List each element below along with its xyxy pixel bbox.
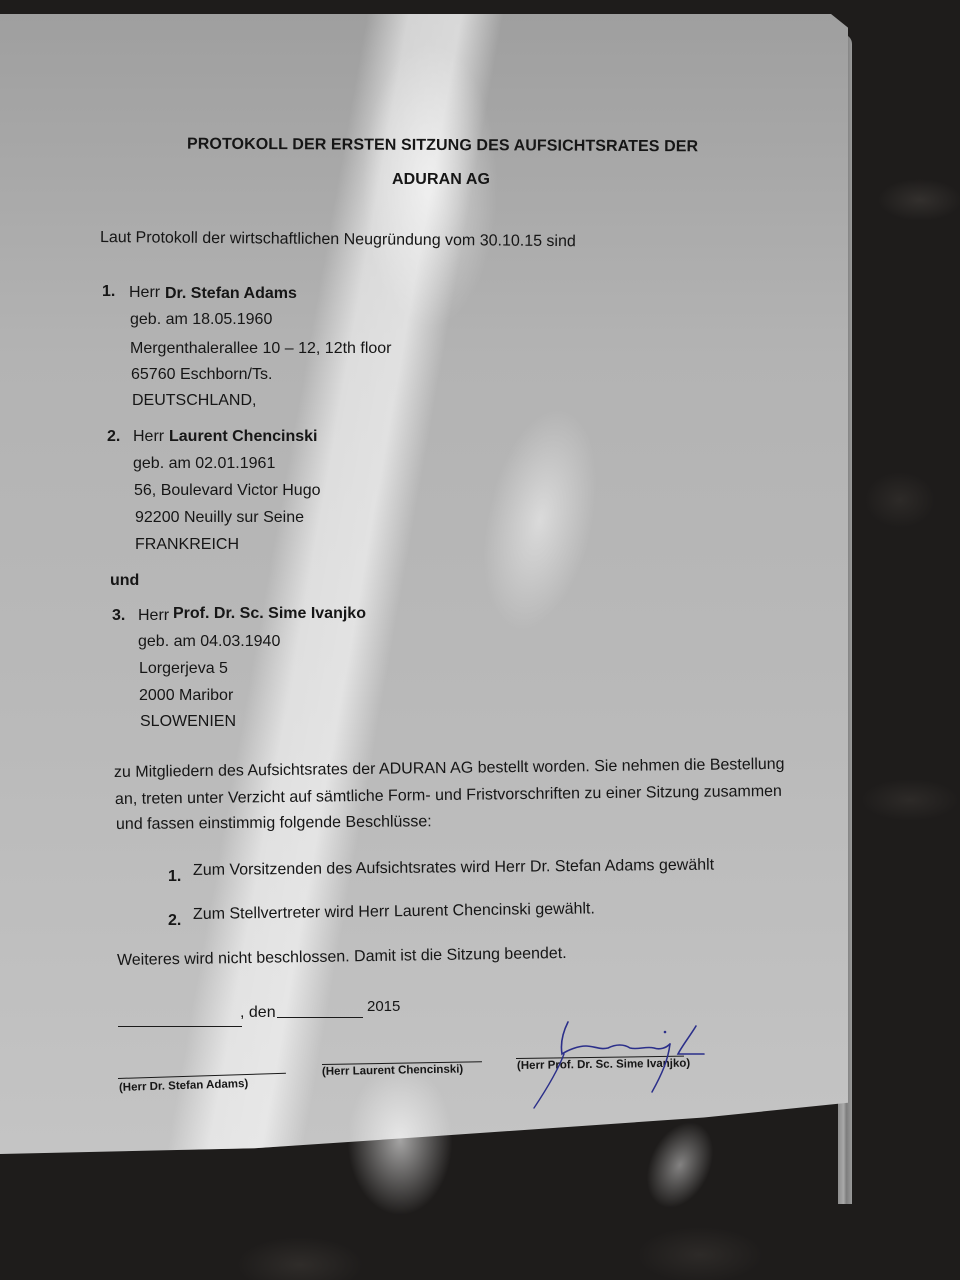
- member-address-line: FRANKREICH: [135, 536, 239, 554]
- member-address-line: SLOWENIEN: [140, 713, 236, 731]
- resolution-text: Zum Stellvertreter wird Herr Laurent Che…: [193, 900, 595, 924]
- member-name: Dr. Stefan Adams: [165, 285, 297, 303]
- conjunction-und: und: [110, 572, 139, 590]
- signature-line: [118, 1073, 286, 1079]
- member-address-line: Lorgerjeva 5: [139, 660, 228, 678]
- member-birth: geb. am 02.01.1961: [133, 455, 275, 473]
- member-address-line: 92200 Neuilly sur Seine: [135, 509, 304, 527]
- resolution-number: 1.: [168, 868, 181, 886]
- place-blank: [118, 1026, 242, 1027]
- resolution-number: 2.: [168, 912, 181, 930]
- document-title-line2: ADURAN AG: [392, 171, 490, 189]
- member-number: 1.: [102, 283, 115, 301]
- closing-text: Weiteres wird nicht beschlossen. Damit i…: [117, 945, 567, 970]
- body-line: und fassen einstimmig folgende Beschlüss…: [116, 813, 432, 834]
- handwritten-signature-ivanjko: [520, 1010, 720, 1120]
- member-name: Prof. Dr. Sc. Sime Ivanjko: [173, 605, 366, 623]
- member-birth: geb. am 04.03.1940: [138, 633, 280, 651]
- member-address-line: 56, Boulevard Victor Hugo: [134, 482, 320, 500]
- member-prefix: Herr: [129, 284, 160, 302]
- signature-label: (Herr Laurent Chencinski): [322, 1064, 463, 1078]
- date-year: 2015: [367, 998, 400, 1015]
- body-line: an, treten unter Verzicht auf sämtliche …: [115, 783, 782, 809]
- intro-text: Laut Protokoll der wirtschaftlichen Neug…: [100, 229, 576, 251]
- resolution-text: Zum Vorsitzenden des Aufsichtsrates wird…: [193, 857, 714, 880]
- document-content: PROTOKOLL DER ERSTEN SITZUNG DES AUFSICH…: [0, 0, 960, 1280]
- body-line: zu Mitgliedern des Aufsichtsrates der AD…: [114, 756, 785, 782]
- member-number: 2.: [107, 428, 120, 446]
- member-prefix: Herr: [138, 607, 169, 625]
- document-title-line1: PROTOKOLL DER ERSTEN SITZUNG DES AUFSICH…: [187, 136, 698, 157]
- signature-label: (Herr Dr. Stefan Adams): [119, 1078, 249, 1094]
- member-address-line: DEUTSCHLAND,: [132, 392, 256, 410]
- member-birth: geb. am 18.05.1960: [130, 311, 272, 329]
- member-prefix: Herr: [133, 428, 164, 446]
- member-address-line: Mergenthalerallee 10 – 12, 12th floor: [130, 340, 392, 358]
- date-den-label: , den: [240, 1004, 276, 1022]
- member-address-line: 65760 Eschborn/Ts.: [131, 366, 272, 384]
- member-address-line: 2000 Maribor: [139, 687, 233, 705]
- member-number: 3.: [112, 607, 125, 625]
- member-name: Laurent Chencinski: [169, 428, 317, 446]
- date-blank: [277, 1017, 363, 1018]
